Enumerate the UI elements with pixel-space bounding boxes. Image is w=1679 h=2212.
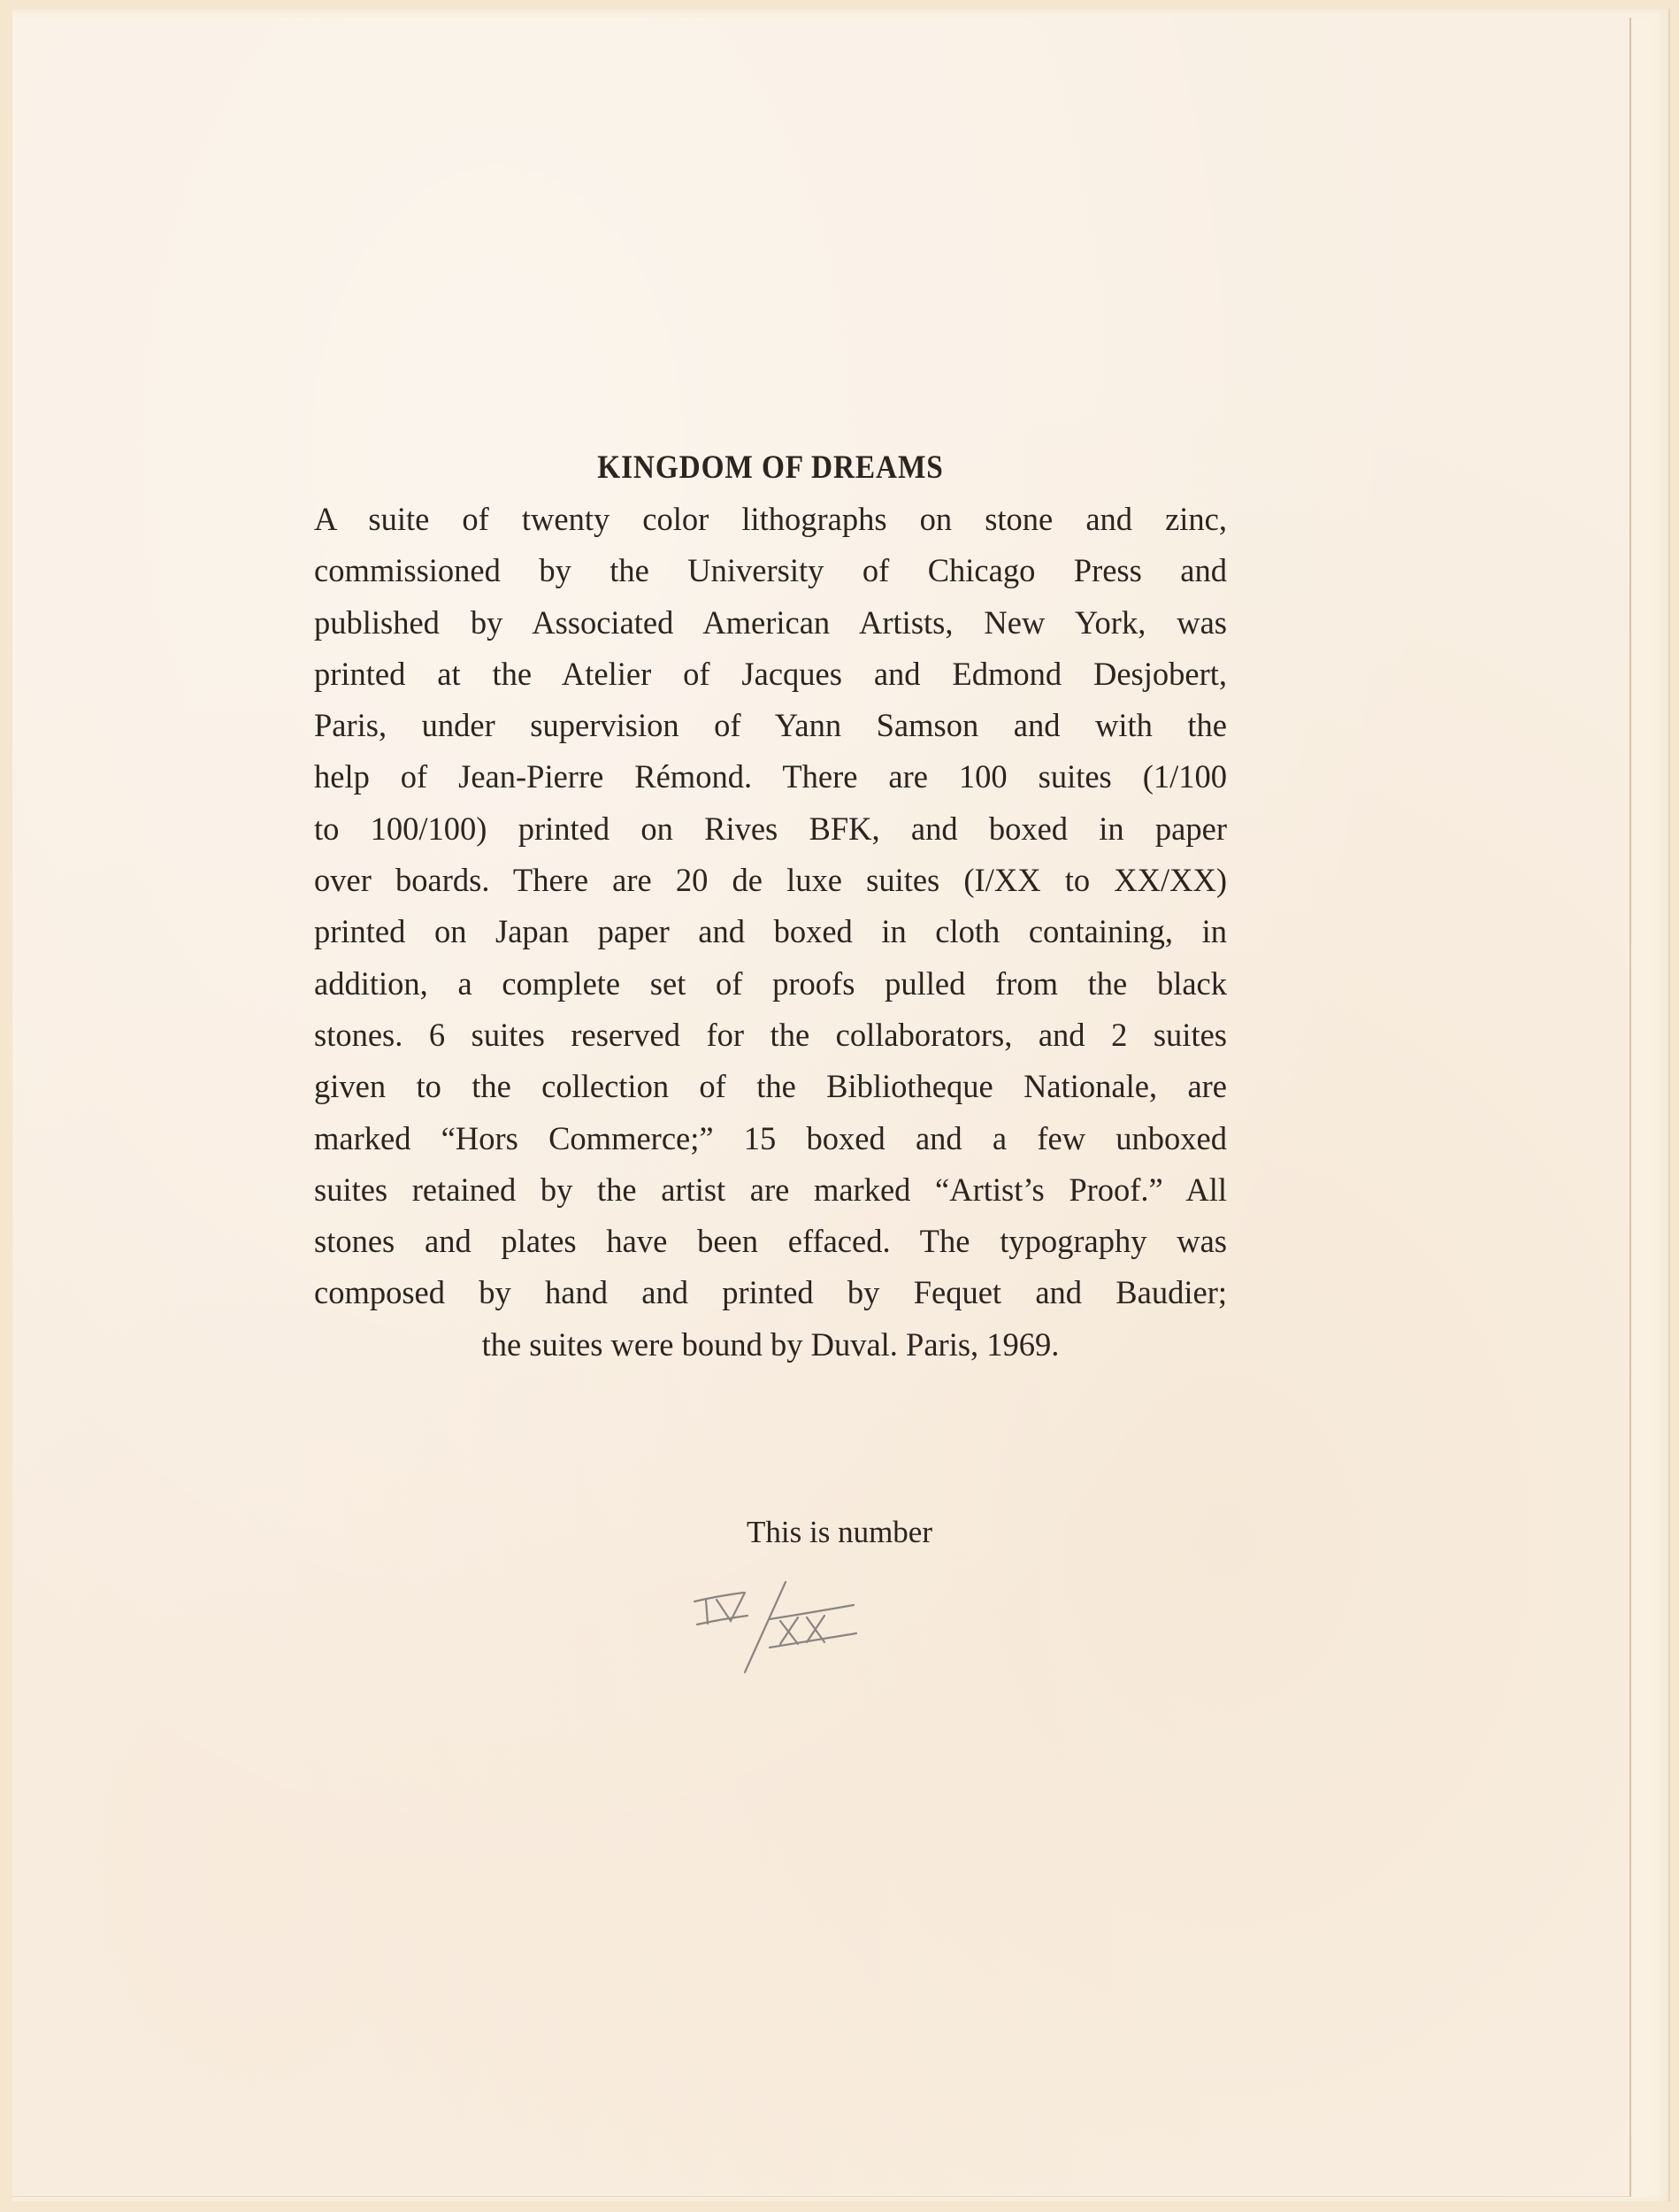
body-line: stones and plates have been effaced. The… <box>314 1216 1227 1267</box>
body-line: given to the collection of the Bibliothe… <box>314 1061 1227 1112</box>
colophon-text: KINGDOM OF DREAMS A suite of twenty colo… <box>314 442 1227 1371</box>
body-line: A suite of twenty color lithographs on s… <box>314 494 1227 545</box>
body-line: composed by hand and printed by Fequet a… <box>314 1267 1227 1318</box>
edition-number-label: This is number <box>0 1515 1679 1550</box>
page-title: KINGDOM OF DREAMS <box>360 442 1182 494</box>
body-line: printed at the Atelier of Jacques and Ed… <box>314 649 1227 700</box>
body-line: Paris, under supervision of Yann Samson … <box>314 700 1227 751</box>
body-line: to 100/100) printed on Rives BFK, and bo… <box>314 803 1227 855</box>
pencil-mark-icon <box>681 1566 876 1681</box>
handwritten-edition-number <box>681 1566 876 1681</box>
body-line: suites retained by the artist are marked… <box>314 1164 1227 1216</box>
body-line: printed on Japan paper and boxed in clot… <box>314 906 1227 957</box>
body-line: help of Jean-Pierre Rémond. There are 10… <box>314 751 1227 803</box>
body-line: commissioned by the University of Chicag… <box>314 545 1227 596</box>
body-line: addition, a complete set of proofs pulle… <box>314 958 1227 1010</box>
body-line: marked “Hors Commerce;” 15 boxed and a f… <box>314 1113 1227 1164</box>
body-line-final: the suites were bound by Duval. Paris, 1… <box>314 1319 1227 1371</box>
body-line: published by Associated American Artists… <box>314 597 1227 649</box>
body-line: over boards. There are 20 de luxe suites… <box>314 855 1227 906</box>
body-line: stones. 6 suites reserved for the collab… <box>314 1010 1227 1061</box>
